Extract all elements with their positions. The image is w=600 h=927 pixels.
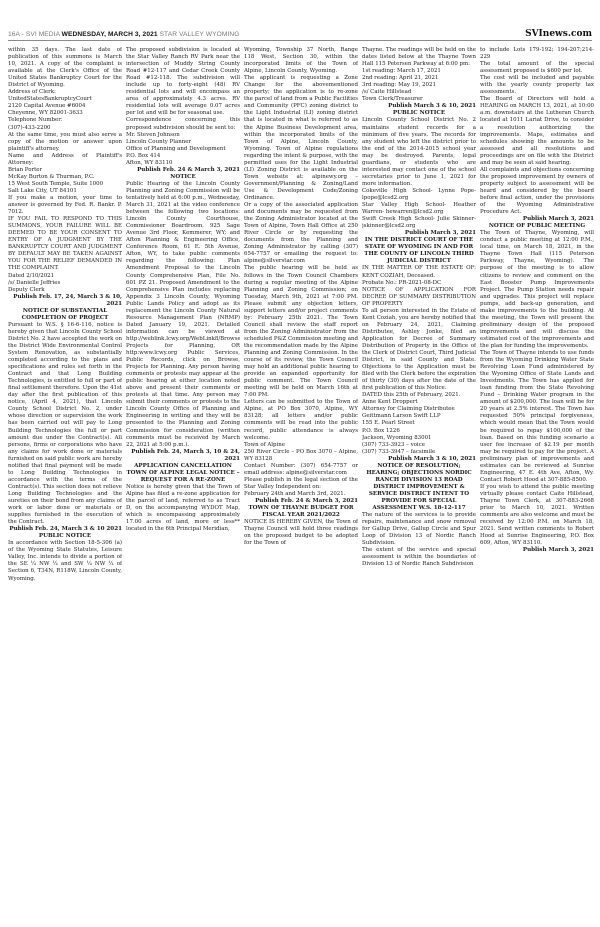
publish-dates: Publish Feb. 24 & March 3, 2021 — [244, 498, 358, 505]
publish-dates: Publish March 3 & 10, 2021 — [362, 103, 476, 110]
notice-text: Geittmann Larson Swift LLP — [362, 413, 476, 420]
notice-title: NOTICE OF PUBLIC MEETING — [480, 223, 594, 230]
notice-text: Lincoln County Planner — [126, 139, 240, 146]
notice-text: P.O. Box 414 — [126, 153, 240, 160]
notice-text: to include Lots 179-192; 194-207;214-229 — [480, 47, 594, 61]
notice-text: /s/ Danielle Jeffries — [8, 280, 122, 287]
notice-text: (307) 733-3923 – voice — [362, 442, 476, 449]
notice-text: Town of Alpine — [244, 442, 358, 449]
notice-text: The Town of Thayne intends to use funds … — [480, 350, 594, 484]
notice-text: If you wish to attend the public meeting… — [480, 484, 594, 547]
column-1: within 35 days. The last date of publica… — [8, 47, 122, 923]
notice-text: Address of Clerk: — [8, 89, 122, 96]
column-3: Wyoming, Township 37 North, Range 118 We… — [244, 47, 358, 923]
notice-text: Anne Kent Droppert — [362, 399, 476, 406]
column-2: The proposed subdivision is located at t… — [126, 47, 240, 923]
notice-text: (307) 733-3947 – facsimile — [362, 449, 476, 456]
notice-text: NOTICE IS HEREBY GIVEN, the Town of Thay… — [244, 519, 358, 547]
notice-text: Lincoln County School District No. 2 mai… — [362, 117, 476, 187]
notice-title: TOWN OF THAYNE BUDGET FOR FISCAL YEAR 20… — [244, 505, 358, 519]
notice-text: Telephone Number: — [8, 117, 122, 124]
notice-text: The cost will be included and payable wi… — [480, 75, 594, 96]
notice-title: PUBLIC NOTICE — [362, 110, 476, 117]
notice-text: (307)-433-2200 — [8, 125, 122, 132]
region-label: STAR VALLEY WYOMING — [160, 31, 240, 38]
notice-text: Probate No.: PR-2021-08-DC — [362, 280, 476, 287]
publish-dates: Publish Feb. 24, March 3, 10 & 24, 2021 — [126, 449, 240, 463]
notice-text: Star Valley High School- Heather Warren-… — [362, 202, 476, 216]
publish-dates: Publish March 3 & 10, 2021 — [362, 456, 476, 463]
notice-text: Correspondence concerning this proposed … — [126, 117, 240, 131]
notice-text: Swift Creek High School- Julie Skinner- … — [362, 216, 476, 230]
publish-dates: Publish Feb. 24, March 3 & 10 2021 — [8, 526, 122, 533]
notice-text: NOTICE OF APPLICATION FOR DECREE OF SUMM… — [362, 287, 476, 308]
notice-text: Wyoming, Township 37 North, Range 118 We… — [244, 47, 358, 75]
notice-text: IF YOU FAIL TO RESPOND TO THIS SUMMONS, … — [8, 216, 122, 272]
notice-text: Notice is hereby given that the Town of … — [126, 484, 240, 533]
column-4: Thayne. The readings will be held on the… — [362, 47, 476, 923]
notice-text: Cokeville High School- Lynne Pope- lpope… — [362, 188, 476, 202]
notice-text: /s/ Caite Hillstead — [362, 89, 476, 96]
notice-text: UnitedStatesBankruptcyCourt — [8, 96, 122, 103]
issue-date: WEDNESDAY, MARCH 3, 2021 — [62, 31, 158, 38]
publish-dates: Publish March 3, 2021 — [362, 230, 476, 237]
site-logo[interactable]: SVInews.com — [525, 29, 592, 40]
notice-text: IN THE MATTER OF THE ESTATE OF: KENT COZ… — [362, 265, 476, 279]
notice-text: At the same time, you must also serve a … — [8, 132, 122, 153]
notice-text: Cheyenne, WY 82001-3633 — [8, 110, 122, 117]
notice-text: Office of Planning and Development — [126, 146, 240, 153]
notice-text: To all person interested in the Estate o… — [362, 308, 476, 393]
notice-text: Mr. Steven Johnson — [126, 132, 240, 139]
notice-text: Name and Address of Plaintiff's Attorney… — [8, 153, 122, 167]
notice-text: within 35 days. The last date of publica… — [8, 47, 122, 89]
notice-text: Please publish in the legal section of t… — [244, 477, 358, 491]
notice-text: The public hearing will be held as follo… — [244, 265, 358, 399]
page-number: 16A - SVI MEDIA — [8, 31, 60, 38]
notice-text: DATED this 25th of February, 2021. — [362, 392, 476, 399]
publish-dates: Publish March 3, 2021 — [480, 216, 594, 223]
publish-dates: Publish Feb. 17, 24, March 3 & 10, 2021 — [8, 294, 122, 308]
notice-text: In accordance with Section 18-5-306 (a) … — [8, 540, 122, 582]
notice-title: NOTICE OF SUBSTANTIAL COMPLETION OF PROJ… — [8, 308, 122, 322]
publish-dates: Publish March 3, 2021 — [480, 547, 594, 554]
notice-text: Town Clerk/Treasurer — [362, 96, 476, 103]
page-header: 16A - SVI MEDIA WEDNESDAY, MARCH 3, 2021… — [8, 26, 592, 41]
notice-text: McKay Burton & Thurman, P.C. — [8, 174, 122, 181]
notice-text: 2nd reading: April 21, 2021 — [362, 75, 476, 82]
notice-text: Jackson, Wyoming 83001 — [362, 435, 476, 442]
notice-text: 250 River Circle – PO Box 3070 – Alpine,… — [244, 449, 358, 463]
notice-text: 1st reading: March 17, 2021 — [362, 68, 476, 75]
notice-text: 155 E. Pearl Street — [362, 420, 476, 427]
notice-title: APPLICATION CANCELLATION TOWN OF ALPINE … — [126, 463, 240, 484]
header-dateline: 16A - SVI MEDIA WEDNESDAY, MARCH 3, 2021… — [8, 31, 240, 40]
notice-text: P.O. Box 1226 — [362, 428, 476, 435]
notice-text: Letters can be submitted to the Town of … — [244, 399, 358, 441]
publish-dates: Publish Feb. 24 & March 3, 2021 — [126, 167, 240, 174]
notice-text: The proposed subdivision is located at t… — [126, 47, 240, 117]
notice-text: February 24th and March 3rd, 2021. — [244, 491, 358, 498]
notice-text: Attorney for Claiming Distributee — [362, 406, 476, 413]
notice-text: Pursuant to W.S. § 16-6-116, notice is h… — [8, 322, 122, 526]
notice-title: NOTICE — [126, 174, 240, 181]
notice-text: Public Hearing of the Lincoln County Pla… — [126, 181, 240, 449]
notice-title: NOTICE OF RESOLUTION; HEARING; OBJECTION… — [362, 463, 476, 512]
column-5: to include Lots 179-192; 194-207;214-229… — [480, 47, 594, 923]
notice-text: If you make a motion, your time to answe… — [8, 195, 122, 216]
legal-notices: within 35 days. The last date of publica… — [8, 47, 594, 923]
notice-text: All complaints and objections concerning… — [480, 167, 594, 216]
notice-text: The nature of the services is to provide… — [362, 512, 476, 547]
notice-title: IN THE DISTRICT COURT OF THE STATE OF WY… — [362, 237, 476, 265]
notice-text: Deputy Clerk — [8, 287, 122, 294]
notice-text: The Town of Thayne, Wyoming, will conduc… — [480, 230, 594, 350]
notice-text: Contact Number: (307) 654-7757 or email … — [244, 463, 358, 477]
notice-text: Dated 2/10/2021 — [8, 273, 122, 280]
notice-text: 3rd reading: May 19, 2021 — [362, 82, 476, 89]
notice-text: The applicant is requesting a Zone Chang… — [244, 75, 358, 202]
notice-text: 2120 Capital Avenue #6004 — [8, 103, 122, 110]
notice-text: 15 West South Temple, Suite 1000 — [8, 181, 122, 188]
notice-text: The Board of Directors will hold a HEARI… — [480, 96, 594, 166]
notice-text: Salt Lake City, UT 84101 — [8, 188, 122, 195]
notice-text: Or a copy of the associated application … — [244, 202, 358, 265]
notice-text: The total amount of the special assessme… — [480, 61, 594, 75]
notice-text: Thayne. The readings will be held on the… — [362, 47, 476, 68]
notice-text: Afton, WY 83110 — [126, 160, 240, 167]
notice-text: Brian Porter — [8, 167, 122, 174]
notice-text: The extent of the service and special as… — [362, 547, 476, 568]
